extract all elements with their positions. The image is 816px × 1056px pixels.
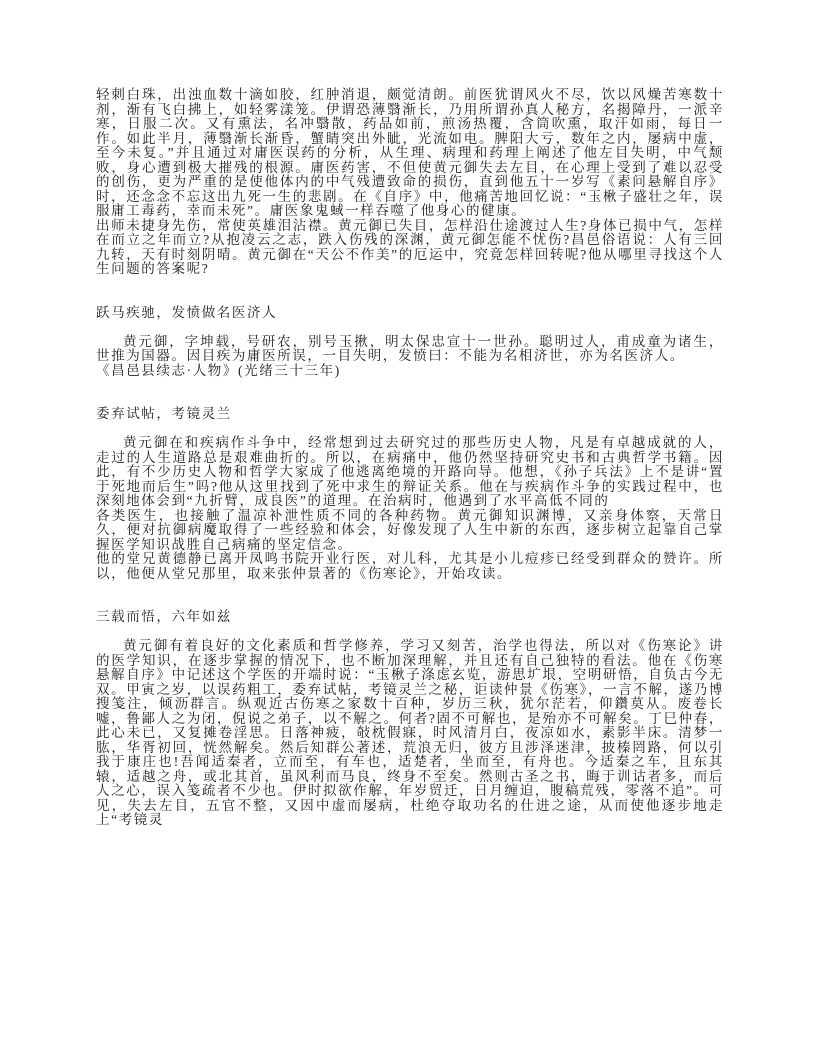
section-heading: 三载而悟，六年如兹 [96, 610, 724, 625]
paragraph: 黄元御在和疾病作斗争中，经常想到过去研究过的那些历史人物，凡是有卓越成就的人，走… [96, 436, 724, 509]
document-text-body: 轻刺白珠，出浊血数十滴如胶，红肿消退，颇觉清朗。前医犹谓风火不尽，饮以风燥苦寒数… [96, 88, 724, 828]
section-heading: 跃马疾驰，发愤做名医济人 [96, 306, 724, 321]
section-heading: 委弃试帖，考镜灵兰 [96, 407, 724, 422]
document-page: 轻刺白珠，出浊血数十滴如胶，红肿消退，颇觉清朗。前医犹谓风火不尽，饮以风燥苦寒数… [0, 0, 816, 1056]
paragraph: 《昌邑县续志·人物》(光绪三十三年) [96, 364, 724, 379]
paragraph: 黄元御有着良好的文化素质和哲学修养，学习又刻苦，治学也得法，所以对《伤寒论》讲的… [96, 639, 724, 828]
paragraph: 他的堂兄黄德静已离开凤鸣书院开业行医，对儿科，尤其是小儿痘疹已经受到群众的赞许。… [96, 552, 724, 581]
paragraph: 轻刺白珠，出浊血数十滴如胶，红肿消退，颇觉清朗。前医犹谓风火不尽，饮以风燥苦寒数… [96, 88, 724, 219]
paragraph: 黄元御，字坤载，号研农，别号玉揪，明太保忠宣十一世孙。聪明过人，甫成童为诸生，世… [96, 335, 724, 364]
paragraph: 各类医生，也接触了温凉补泄性质不同的各种药物。黄元御知识渊博，又亲身体察，天常日… [96, 509, 724, 553]
paragraph: 出师未捷身先伤，常使英雄泪沾襟。黄元御已失目，怎样沿仕途渡过人生?身体已损中气，… [96, 219, 724, 277]
